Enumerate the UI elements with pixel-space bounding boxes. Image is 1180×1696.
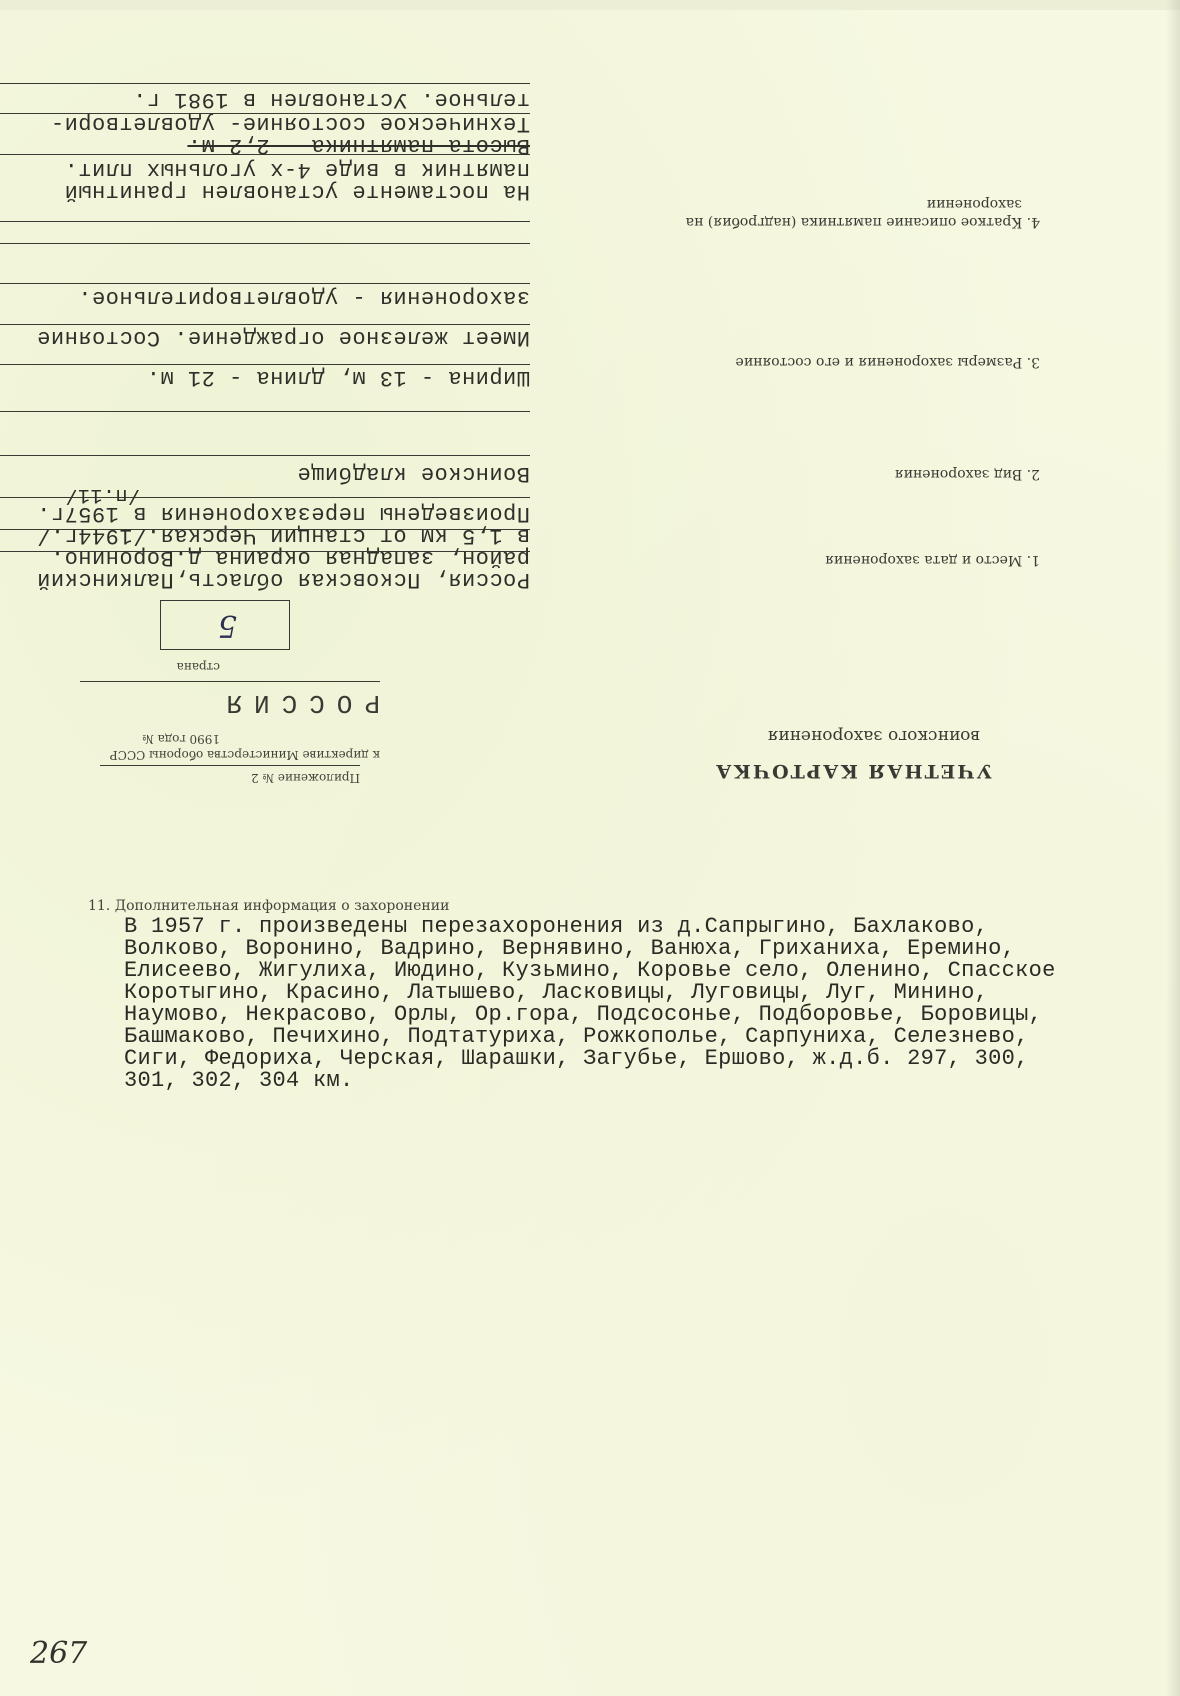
page-number-box: 5	[160, 600, 290, 650]
field-4-label-line-2: захоронении	[927, 196, 1022, 212]
country-rule	[80, 681, 380, 682]
field-4-rule-1	[0, 221, 530, 222]
field-3-rule-3	[0, 283, 530, 284]
field-1-line-3: в 1,5 км от станции Черская./1944г./	[37, 523, 530, 548]
field-1-rule-1	[0, 551, 530, 552]
section-11-body: В 1957 г. произведены перезахоронения из…	[124, 916, 1180, 1092]
archive-page-number-handwritten: 267	[30, 1636, 87, 1671]
field-4-line-4: Техническое состояние- удовлетвори-	[50, 111, 530, 136]
field-3-label: 3. Размеры захоронения и его состояние	[735, 354, 1040, 370]
field-3-line-3: захоронения - удовлетворительное.	[78, 285, 530, 310]
country-name: РОССИЯ	[214, 688, 380, 718]
field-3-rule-4	[0, 243, 530, 244]
field-2-label: 2. Вид захоронения	[895, 466, 1040, 482]
field-4-line-1: На постаменте установлен гранитный	[64, 179, 530, 204]
appendix-rule	[100, 765, 360, 766]
field-3-line-2: Имеет железное ограждение. Состояние	[37, 325, 530, 350]
section-11-line: 301, 302, 304 км.	[124, 1070, 1180, 1092]
field-1-note: /п.11/	[65, 483, 140, 506]
field-3-line-1: Ширина - 13 м, длина - 21 м.	[146, 365, 530, 390]
field-1-rule-2	[0, 529, 530, 530]
section-11-line: Башмаково, Печихино, Подтатуриха, Рожкоп…	[124, 1026, 1180, 1048]
section-11-line: Волково, Воронино, Вадрино, Вернявино, В…	[124, 938, 1180, 960]
section-11-line: Наумово, Некрасово, Орлы, Ор.гора, Подсо…	[124, 1004, 1180, 1026]
section-11-line: Елисеево, Жигулиха, Июдино, Кузьмино, Ко…	[124, 960, 1180, 982]
field-4-rule-3	[0, 113, 530, 114]
field-2-rule-2	[0, 411, 530, 412]
directive-line-1: к директиве Министерства обороны СССР	[110, 748, 380, 762]
country-label: страна	[177, 660, 220, 674]
directive-line-2: 1990 года №	[142, 732, 220, 746]
burial-card-front: УЧЕТНАЯ КАРТОЧКА воинского захоронения П…	[0, 0, 1180, 810]
section-11-label: 11. Дополнительная информация о захороне…	[88, 898, 449, 914]
field-4-line-2: памятник в виде 4-х угольных плит.	[64, 157, 530, 182]
card-subtitle: воинского захоронения	[767, 726, 980, 746]
appendix-label: Приложение № 2	[251, 771, 360, 785]
card-title: УЧЕТНАЯ КАРТОЧКА	[714, 760, 992, 782]
field-4-line-5: тельное. Установлен в 1981 г.	[133, 87, 530, 112]
field-4-line-3: Высота памятника - 2,2 м.	[187, 133, 530, 158]
field-1-line-1: Россия, Псковская область,Палкинский	[37, 567, 530, 592]
field-4-label-line-1: 4. Краткое описание памятника (надгробия…	[686, 214, 1040, 230]
field-1-label: 1. Место и дата захоронения	[825, 552, 1040, 568]
section-11-line: Сиги, Федориха, Черская, Шарашки, Загубь…	[124, 1048, 1180, 1070]
section-11-line: В 1957 г. произведены перезахоронения из…	[124, 916, 1180, 938]
page-number-handwritten: 5	[218, 608, 237, 643]
field-2-line-1: Воинское кладбище	[297, 461, 530, 486]
field-2-rule-1	[0, 455, 530, 456]
field-1-line-2: район, западная окраина д.Воронино.	[50, 545, 530, 570]
document-page: УЧЕТНАЯ КАРТОЧКА воинского захоронения П…	[0, 0, 1180, 1696]
section-11-line: Коротыгино, Красино, Латышево, Ласковицы…	[124, 982, 1180, 1004]
field-4-rule-4	[0, 83, 530, 84]
